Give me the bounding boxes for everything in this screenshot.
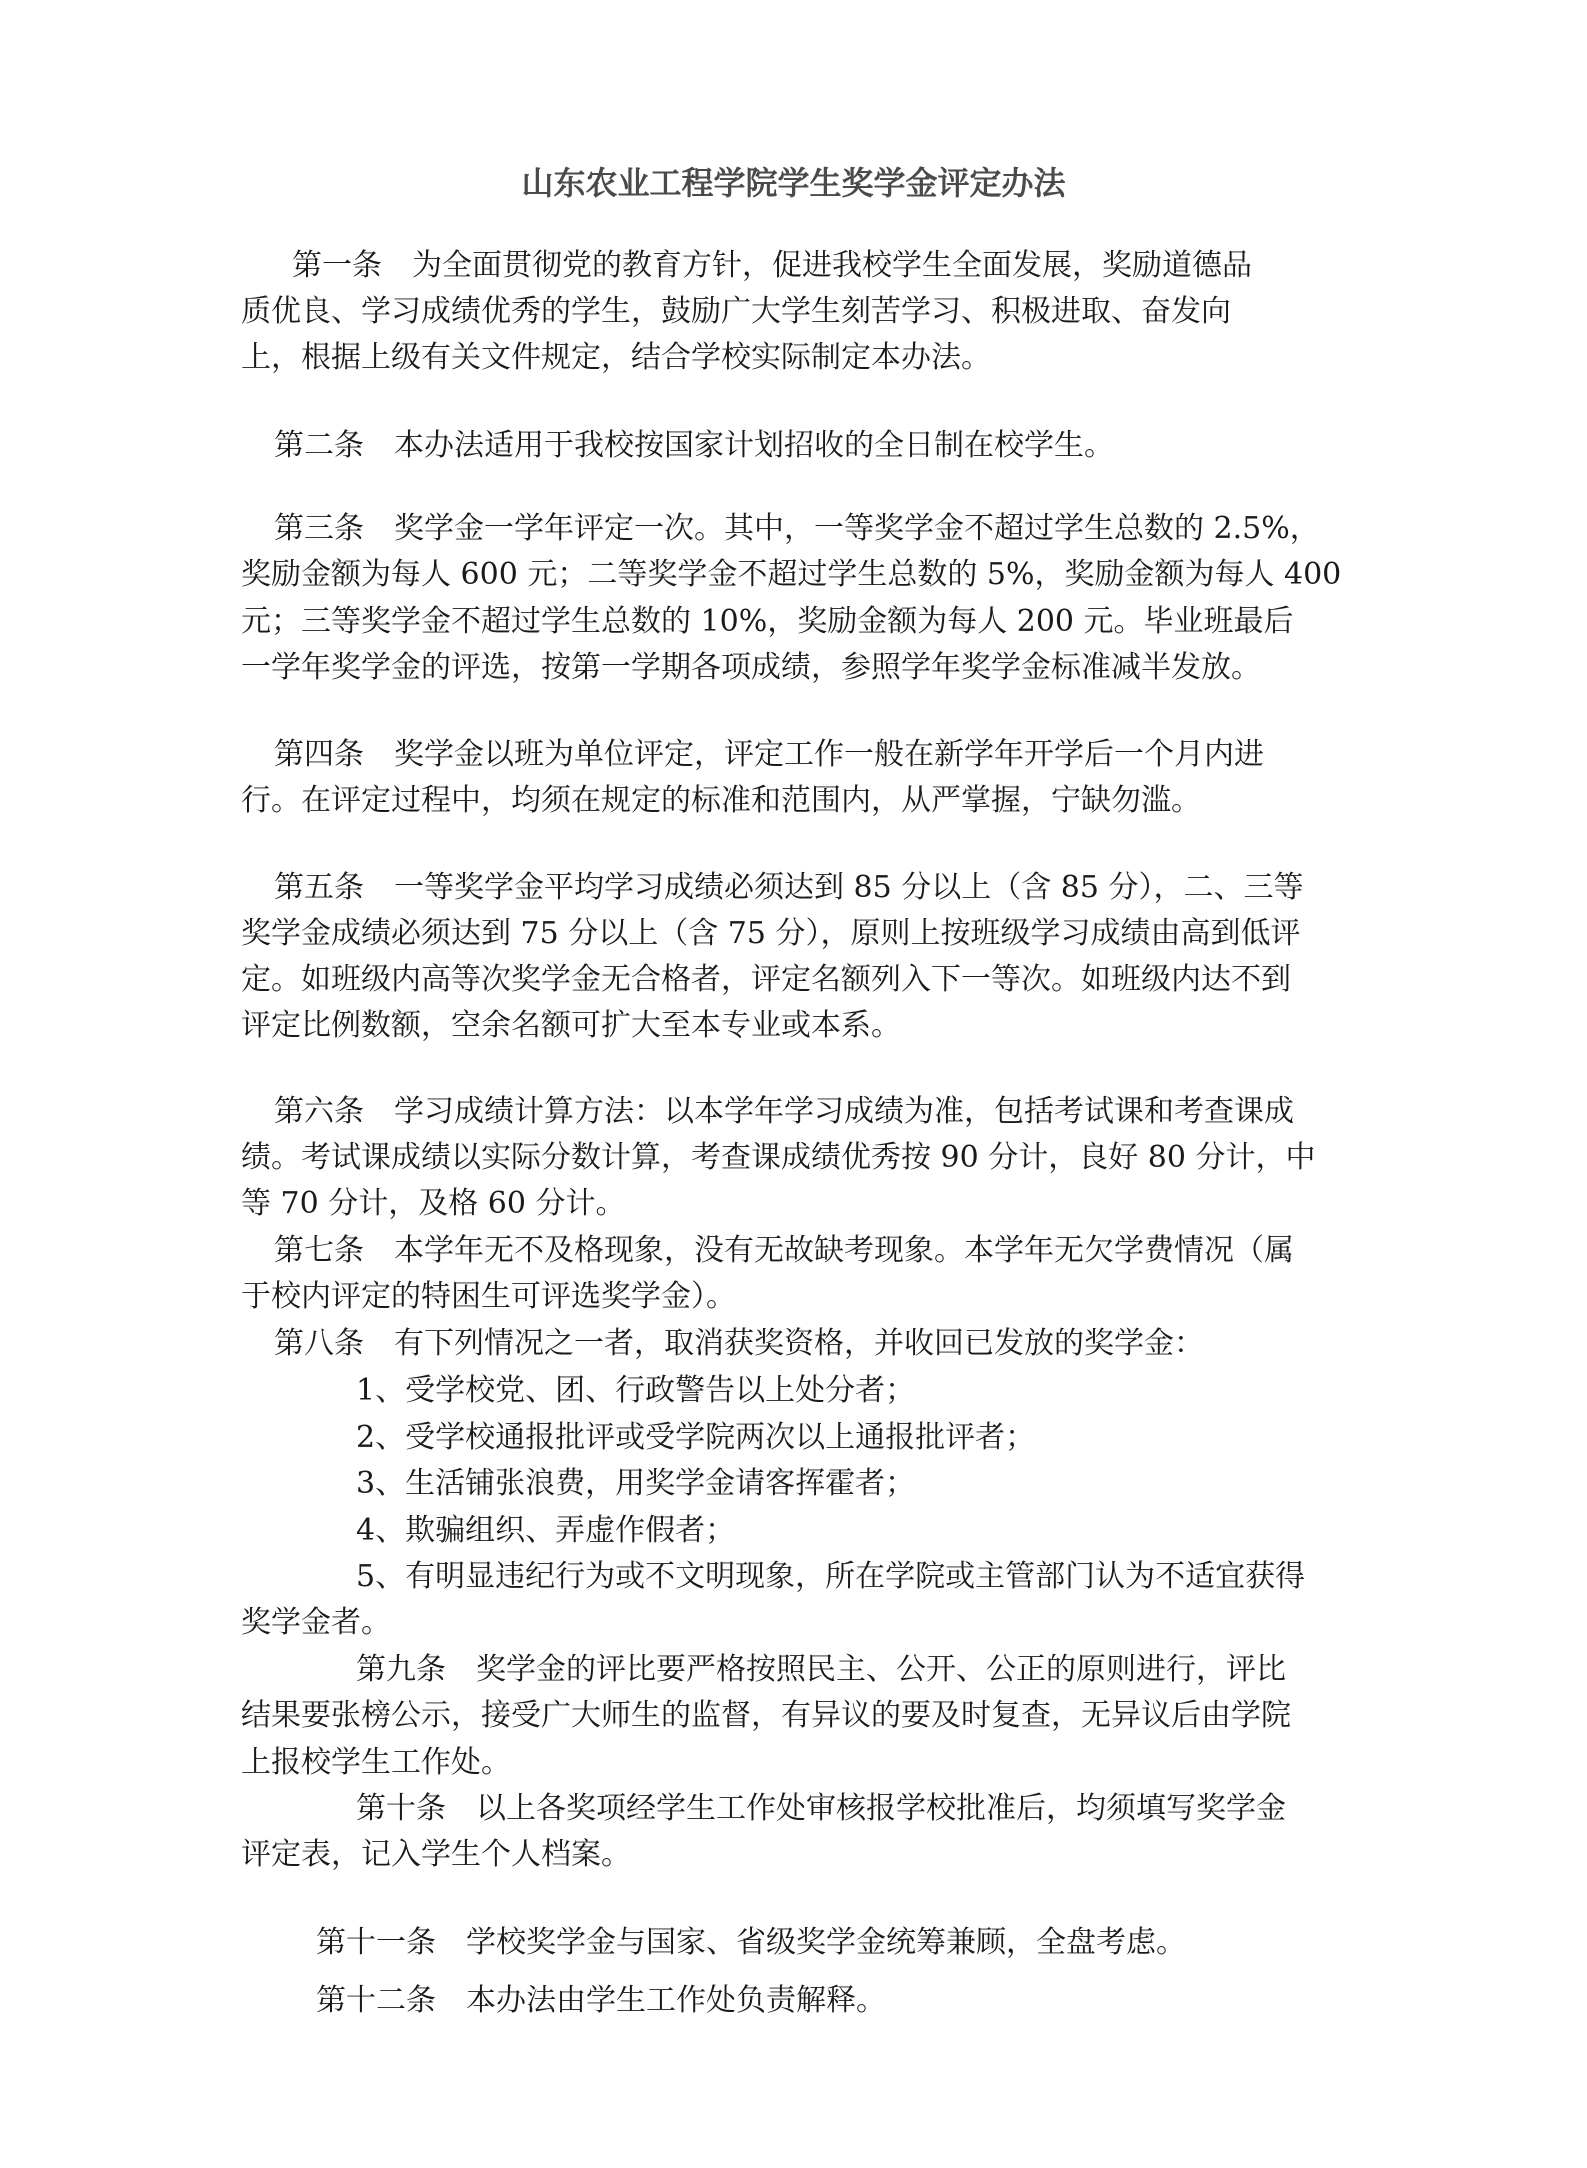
article-8-item-2: 2、受学校通报批评或受学院两次以上通报批评者； bbox=[356, 1420, 1035, 1456]
article-6-line-3: 等 70 分计，及格 60 分计。 bbox=[241, 1186, 626, 1222]
article-3-line-3: 元；三等奖学金不超过学生总数的 10%，奖励金额为每人 200 元。毕业班最后 bbox=[241, 604, 1294, 640]
article-9-line-2: 结果要张榜公示，接受广大师生的监督，有异议的要及时复查，无异议后由学院 bbox=[241, 1698, 1291, 1734]
article-1-line-2: 质优良、学习成绩优秀的学生，鼓励广大学生刻苦学习、积极进取、奋发向 bbox=[241, 294, 1231, 330]
article-6-line-1: 第六条 学习成绩计算方法：以本学年学习成绩为准，包括考试课和考查课成 bbox=[274, 1094, 1294, 1130]
article-1-line-1: 第一条 为全面贯彻党的教育方针，促进我校学生全面发展，奖励道德品 bbox=[292, 248, 1252, 284]
article-3-line-2: 奖励金额为每人 600 元；二等奖学金不超过学生总数的 5%，奖励金额为每人 4… bbox=[241, 557, 1341, 593]
article-1-line-3: 上，根据上级有关文件规定，结合学校实际制定本办法。 bbox=[241, 340, 991, 376]
article-7-line-1: 第七条 本学年无不及格现象，没有无故缺考现象。本学年无欠学费情况（属 bbox=[274, 1233, 1294, 1269]
article-8-line-1: 第八条 有下列情况之一者，取消获奖资格，并收回已发放的奖学金： bbox=[274, 1326, 1204, 1362]
article-9-line-1: 第九条 奖学金的评比要严格按照民主、公开、公正的原则进行，评比 bbox=[356, 1652, 1286, 1688]
article-9-line-3: 上报校学生工作处。 bbox=[241, 1745, 511, 1781]
article-10-line-1: 第十条 以上各奖项经学生工作处审核报学校批准后，均须填写奖学金 bbox=[356, 1791, 1286, 1827]
article-5-line-3: 定。如班级内高等次奖学金无合格者，评定名额列入下一等次。如班级内达不到 bbox=[241, 962, 1291, 998]
article-8-item-5-cont: 奖学金者。 bbox=[241, 1605, 391, 1641]
document-page: 山东农业工程学院学生奖学金评定办法 第一条 为全面贯彻党的教育方针，促进我校学生… bbox=[0, 0, 1587, 2168]
article-10-line-2: 评定表，记入学生个人档案。 bbox=[241, 1837, 631, 1873]
article-5-line-1: 第五条 一等奖学金平均学习成绩必须达到 85 分以上（含 85 分），二、三等 bbox=[274, 870, 1304, 906]
article-8-item-3: 3、生活铺张浪费，用奖学金请客挥霍者； bbox=[356, 1466, 915, 1502]
article-5-line-4: 评定比例数额，空余名额可扩大至本专业或本系。 bbox=[241, 1008, 901, 1044]
article-4-line-1: 第四条 奖学金以班为单位评定，评定工作一般在新学年开学后一个月内进 bbox=[274, 737, 1264, 773]
article-8-item-4: 4、欺骗组织、弄虚作假者； bbox=[356, 1513, 735, 1549]
article-5-line-2: 奖学金成绩必须达到 75 分以上（含 75 分），原则上按班级学习成绩由高到低评 bbox=[241, 916, 1301, 952]
article-12-line-1: 第十二条 本办法由学生工作处负责解释。 bbox=[316, 1983, 886, 2019]
article-8-item-1: 1、受学校党、团、行政警告以上处分者； bbox=[356, 1373, 915, 1409]
article-11-line-1: 第十一条 学校奖学金与国家、省级奖学金统筹兼顾，全盘考虑。 bbox=[316, 1925, 1186, 1961]
article-3-line-1: 第三条 奖学金一学年评定一次。其中，一等奖学金不超过学生总数的 2.5%， bbox=[274, 511, 1320, 547]
document-title: 山东农业工程学院学生奖学金评定办法 bbox=[0, 158, 1587, 204]
article-2-line-1: 第二条 本办法适用于我校按国家计划招收的全日制在校学生。 bbox=[274, 428, 1114, 464]
article-7-line-2: 于校内评定的特困生可评选奖学金）。 bbox=[241, 1279, 736, 1315]
article-8-item-5: 5、有明显违纪行为或不文明现象，所在学院或主管部门认为不适宜获得 bbox=[356, 1559, 1305, 1595]
article-4-line-2: 行。在评定过程中，均须在规定的标准和范围内，从严掌握，宁缺勿滥。 bbox=[241, 783, 1201, 819]
article-6-line-2: 绩。考试课成绩以实际分数计算，考查课成绩优秀按 90 分计，良好 80 分计，中 bbox=[241, 1140, 1316, 1176]
article-3-line-4: 一学年奖学金的评选，按第一学期各项成绩，参照学年奖学金标准减半发放。 bbox=[241, 650, 1261, 686]
